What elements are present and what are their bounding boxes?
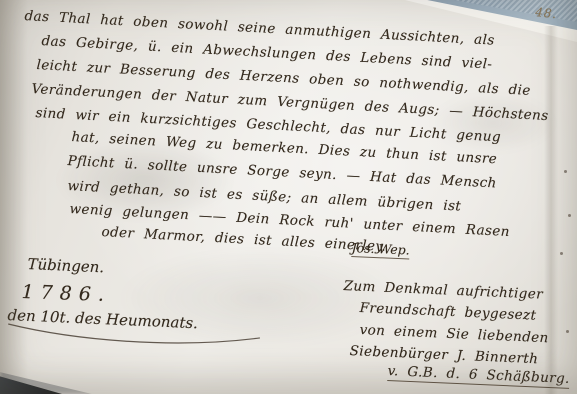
ink-speck — [568, 214, 571, 217]
page-fold-shadow — [0, 0, 28, 394]
quote-citation: Jos. Wep. — [351, 240, 410, 260]
place-line: Tübingen. — [27, 255, 104, 276]
manuscript-photo: 48. das Thal hat oben sowohl seine anmut… — [0, 0, 577, 394]
page-crease — [544, 26, 558, 394]
ink-speck — [564, 170, 567, 173]
flourish-underline — [4, 314, 267, 352]
page-number: 48. — [535, 5, 558, 21]
dedication-line: Zum Denkmal aufrichtiger — [343, 278, 543, 303]
ink-speck — [560, 252, 563, 255]
ink-speck — [566, 330, 569, 333]
signature-place-line: v. G.B. d. 6 Schäßburg. — [387, 363, 570, 389]
dedication-line: Freundschaft beygesezt — [359, 300, 536, 324]
signature-line: Siebenbürger J. Binnerth — [349, 343, 538, 367]
dedication-line: von einem Sie liebenden — [359, 322, 549, 346]
year-line: 1786. — [21, 281, 111, 306]
